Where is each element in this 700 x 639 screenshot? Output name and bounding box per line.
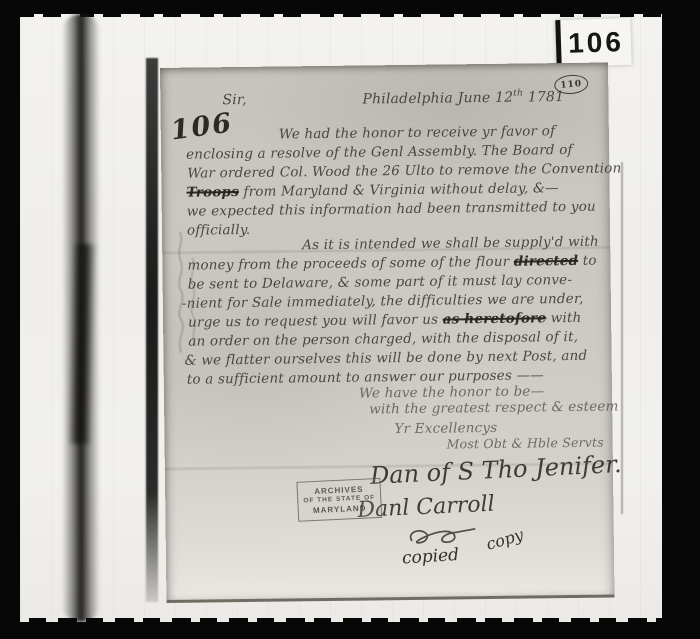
closing-line: Yr Excellencys <box>394 422 497 437</box>
microfilm-frame: 106 110 Sir, Philadelphia June 12th 1781… <box>0 0 700 639</box>
body-line: be sent to Delaware, & some part of it m… <box>188 274 573 292</box>
dateline-year: 1781 <box>523 89 564 106</box>
document-number: 106 <box>169 107 235 146</box>
body-line-text: urge us to request you will favor us <box>188 312 443 331</box>
body-line: officially. <box>187 224 250 238</box>
body-line: an order on the person charged, with the… <box>188 331 578 349</box>
archives-stamp: ARCHIVES OF THE STATE OF MARYLAND <box>296 478 382 522</box>
body-line: We had the honor to receive yr favor of <box>279 125 556 142</box>
struck-word: directed <box>514 253 579 270</box>
body-line: money from the proceeds of some of the f… <box>187 255 596 273</box>
film-strip: 106 110 Sir, Philadelphia June 12th 1781… <box>20 14 662 622</box>
body-line: As it is intended we shall be supply'd w… <box>302 236 599 253</box>
struck-word: Troops <box>186 184 239 201</box>
salutation: Sir, <box>222 93 247 107</box>
page-gap-shadow <box>146 58 158 602</box>
dateline: Philadelphia June 12th 1781 <box>362 89 564 106</box>
body-line: -nient for Sale immediately, the difficu… <box>182 293 584 311</box>
annotation-copy: copy <box>484 525 526 554</box>
body-line: & we flatter ourselves this will be done… <box>185 350 588 368</box>
body-line-text: money from the proceeds of some of the f… <box>187 254 514 274</box>
page-curl-shadow-bulge <box>68 244 97 445</box>
annotation-copied: copied <box>401 545 459 569</box>
letter-page: 110 Sir, Philadelphia June 12th 1781 106… <box>160 63 615 603</box>
closing-line: Most Obt & Hble Servts <box>447 437 604 451</box>
body-line: we expected this information had been tr… <box>187 201 596 219</box>
struck-word: as heretofore <box>443 310 547 327</box>
body-line-text: to <box>578 253 597 269</box>
dateline-ordinal: th <box>513 89 523 99</box>
frame-number-label: 106 <box>555 18 631 67</box>
body-line: urge us to request you will favor us as … <box>188 312 582 330</box>
body-line-text: from Maryland & Virginia without delay, … <box>239 180 559 200</box>
frame-number: 106 <box>568 26 625 60</box>
body-line: Troops from Maryland & Virginia without … <box>186 182 558 200</box>
body-line: War ordered Col. Wood the 26 Ulto to rem… <box>187 162 621 181</box>
stamp-line-3: MARYLAND <box>313 503 367 515</box>
closing-line: with the greatest respect & esteem <box>369 400 619 417</box>
body-line-text: with <box>546 310 581 326</box>
body-line: enclosing a resolve of the Genl Assembly… <box>186 144 573 162</box>
dateline-main: Philadelphia June 12 <box>362 90 513 108</box>
signature-jenifer: Dan of S Tho Jenifer. <box>369 450 622 490</box>
